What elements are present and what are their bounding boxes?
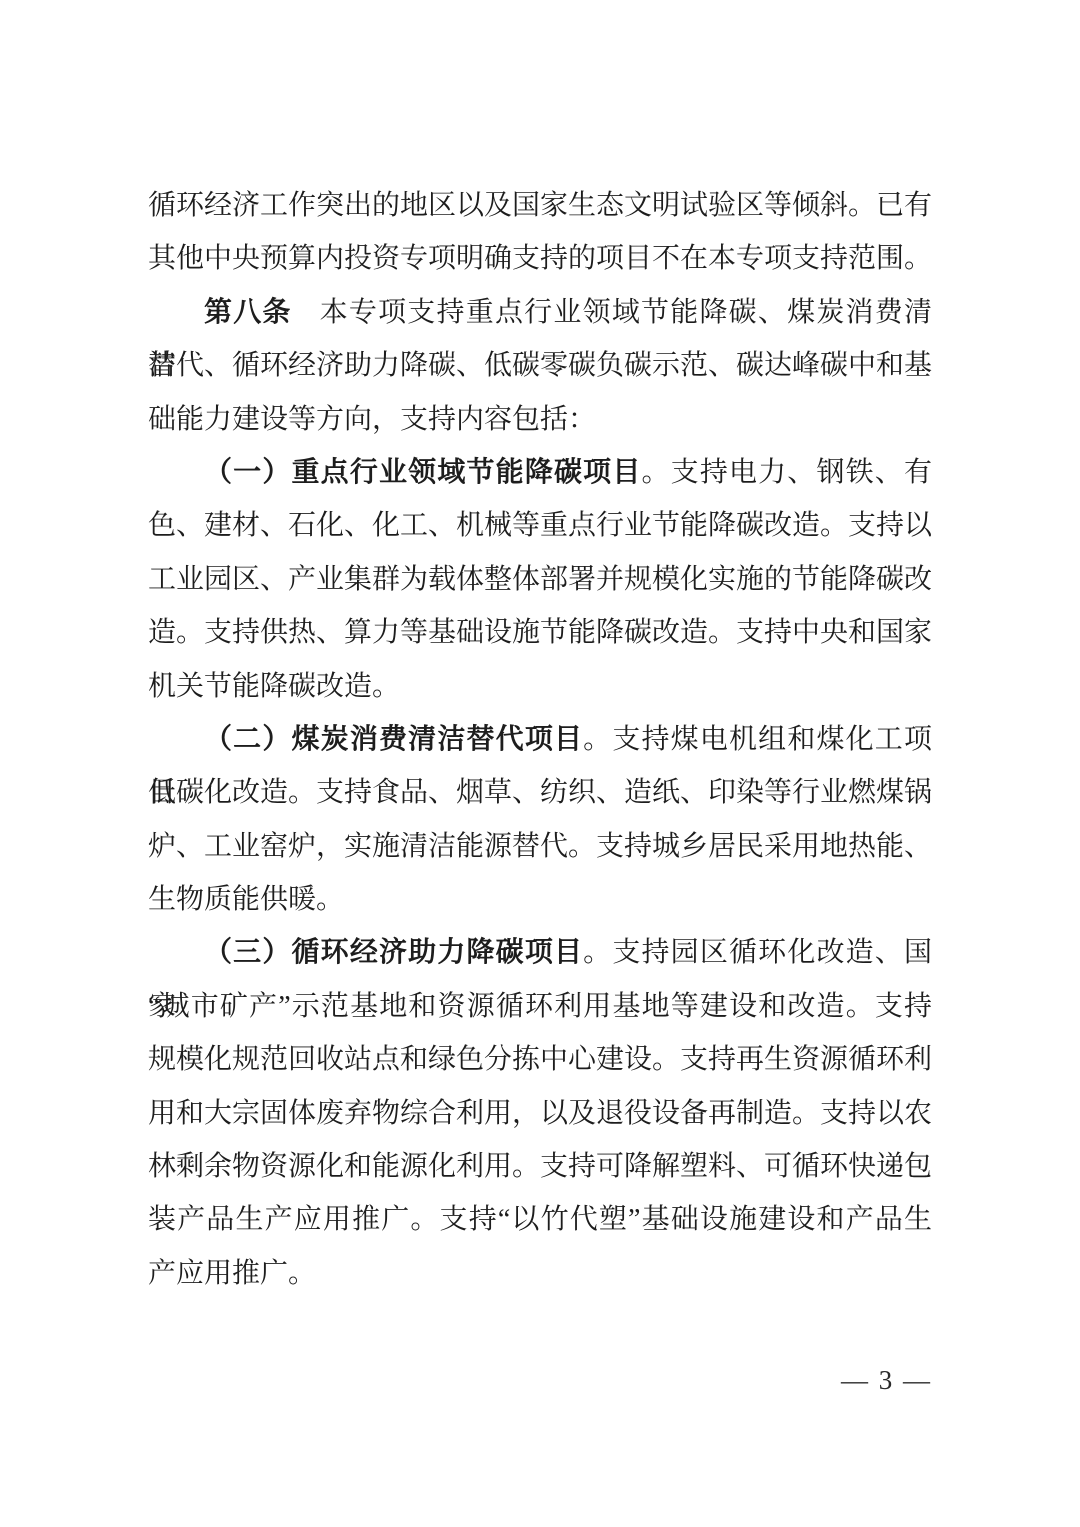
text-run: 其他中央预算内投资专项明确支持的项目不在本专项支持范围。 <box>148 243 932 274</box>
text-run: 。支持电力、钢铁、有 <box>641 457 932 488</box>
text-run: 造。支持供热、算力等基础设施节能降碳改造。支持中央和国家 <box>148 617 932 648</box>
text-line: 工业园区、产业集群为载体整体部署并规模化实施的节能降碳改 <box>148 553 932 606</box>
text-run: 用和大宗固体废弃物综合利用，以及退役设备再制造。支持以农 <box>148 1098 932 1129</box>
text-line: 装产品生产应用推广。支持“以竹代塑”基础设施建设和产品生 <box>148 1193 932 1246</box>
text-line: （一）重点行业领域节能降碳项目。支持电力、钢铁、有 <box>148 446 932 499</box>
text-line: 用和大宗固体废弃物综合利用，以及退役设备再制造。支持以农 <box>148 1087 932 1140</box>
bold-text-run: （二）煤炭消费清洁替代项目 <box>204 724 583 755</box>
text-run: 机关节能降碳改造。 <box>148 671 400 702</box>
text-line: 色、建材、石化、化工、机械等重点行业节能降碳改造。支持以 <box>148 499 932 552</box>
text-line: 炉、工业窑炉，实施清洁能源替代。支持城乡居民采用地热能、 <box>148 820 932 873</box>
text-run: 产应用推广。 <box>148 1258 316 1289</box>
text-line: 循环经济工作突出的地区以及国家生态文明试验区等倾斜。已有 <box>148 179 932 232</box>
text-run: 生物质能供暖。 <box>148 884 344 915</box>
bold-text-run: （三）循环经济助力降碳项目 <box>204 937 583 968</box>
text-run: 色、建材、石化、化工、机械等重点行业节能降碳改造。支持以 <box>148 510 932 541</box>
text-run: 循环经济工作突出的地区以及国家生态文明试验区等倾斜。已有 <box>148 190 932 221</box>
text-line: 林剩余物资源化和能源化利用。支持可降解塑料、可循环快递包 <box>148 1140 932 1193</box>
text-run: 规模化规范回收站点和绿色分拣中心建设。支持再生资源循环利 <box>148 1044 932 1075</box>
bold-text-run: 第八条 <box>204 297 292 328</box>
text-line: 规模化规范回收站点和绿色分拣中心建设。支持再生资源循环利 <box>148 1033 932 1086</box>
text-run: 工业园区、产业集群为载体整体部署并规模化实施的节能降碳改 <box>148 564 932 595</box>
text-line: （二）煤炭消费清洁替代项目。支持煤电机组和煤化工项目 <box>148 713 932 766</box>
text-run: 础能力建设等方向，支持内容包括： <box>148 404 596 435</box>
text-line: 机关节能降碳改造。 <box>148 660 932 713</box>
document-page: 循环经济工作突出的地区以及国家生态文明试验区等倾斜。已有其他中央预算内投资专项明… <box>0 0 1080 1527</box>
text-run: 低碳化改造。支持食品、烟草、纺织、造纸、印染等行业燃煤锅 <box>148 777 932 808</box>
text-line: 替代、循环经济助力降碳、低碳零碳负碳示范、碳达峰碳中和基 <box>148 339 932 392</box>
document-body: 循环经济工作突出的地区以及国家生态文明试验区等倾斜。已有其他中央预算内投资专项明… <box>148 179 932 1300</box>
text-run: 林剩余物资源化和能源化利用。支持可降解塑料、可循环快递包 <box>148 1151 932 1182</box>
page-number: — 3 — <box>841 1360 932 1400</box>
text-line: 生物质能供暖。 <box>148 873 932 926</box>
text-run: 替代、循环经济助力降碳、低碳零碳负碳示范、碳达峰碳中和基 <box>148 350 932 381</box>
text-line: 第八条本专项支持重点行业领域节能降碳、煤炭消费清洁 <box>148 286 932 339</box>
text-line: “城市矿产”示范基地和资源循环利用基地等建设和改造。支持 <box>148 980 932 1033</box>
text-line: 其他中央预算内投资专项明确支持的项目不在本专项支持范围。 <box>148 232 932 285</box>
text-line: 产应用推广。 <box>148 1247 932 1300</box>
text-line: 低碳化改造。支持食品、烟草、纺织、造纸、印染等行业燃煤锅 <box>148 766 932 819</box>
text-line: 础能力建设等方向，支持内容包括： <box>148 393 932 446</box>
text-line: 造。支持供热、算力等基础设施节能降碳改造。支持中央和国家 <box>148 606 932 659</box>
text-run: 装产品生产应用推广。支持“以竹代塑”基础设施建设和产品生 <box>148 1204 932 1235</box>
text-line: （三）循环经济助力降碳项目。支持园区循环化改造、国家 <box>148 926 932 979</box>
bold-text-run: （一）重点行业领域节能降碳项目 <box>204 457 641 488</box>
text-run: “城市矿产”示范基地和资源循环利用基地等建设和改造。支持 <box>148 991 932 1022</box>
text-run: 炉、工业窑炉，实施清洁能源替代。支持城乡居民采用地热能、 <box>148 831 932 862</box>
